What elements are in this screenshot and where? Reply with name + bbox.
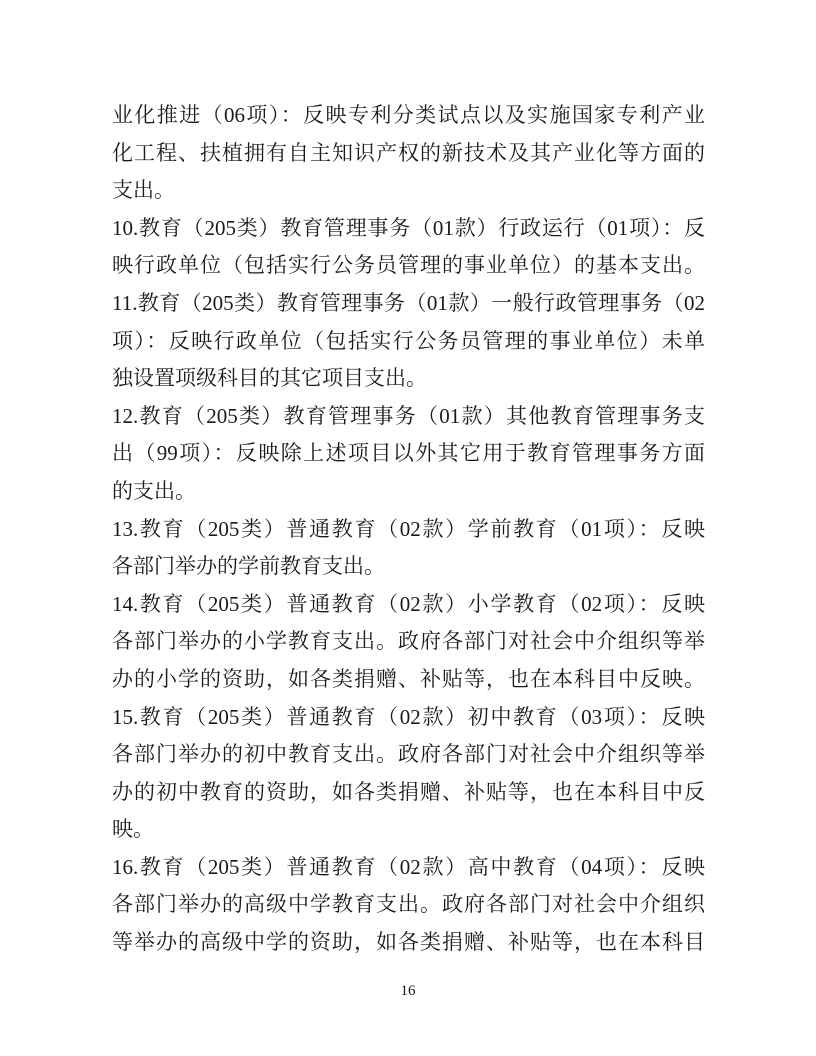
- text-line: 办的初中教育的资助，如各类捐赠、补贴等，也在本科目中反: [112, 774, 705, 812]
- text-line: 出（99项）：反映除上述项目以外其它用于教育管理事务方面: [112, 435, 705, 473]
- paragraph-item-13: 13.教育（205类）普通教育（02款）学前教育（01项）：反映各部门举办的学前…: [112, 511, 705, 586]
- text-line: 的支出。: [112, 473, 705, 511]
- text-line: 映。: [112, 811, 705, 849]
- text-line: 等举办的高级中学的资助，如各类捐赠、补贴等，也在本科目: [112, 924, 705, 962]
- text-line: 各部门举办的高级中学教育支出。政府各部门对社会中介组织: [112, 886, 705, 924]
- page-footer: 16: [0, 981, 816, 1001]
- text-line: 业化推进（06项）：反映专利分类试点以及实施国家专利产业: [112, 97, 705, 135]
- text-line: 各部门举办的初中教育支出。政府各部门对社会中介组织等举: [112, 736, 705, 774]
- paragraph-item-15: 15.教育（205类）普通教育（02款）初中教育（03项）：反映各部门举办的初中…: [112, 699, 705, 849]
- text-line: 12.教育（205类）教育管理事务（01款）其他教育管理事务支: [112, 398, 705, 436]
- text-line: 13.教育（205类）普通教育（02款）学前教育（01项）：反映: [112, 511, 705, 549]
- text-line: 项）：反映行政单位（包括实行公务员管理的事业单位）未单: [112, 323, 705, 361]
- document-page: 业化推进（06项）：反映专利分类试点以及实施国家专利产业化工程、扶植拥有自主知识…: [0, 0, 816, 1056]
- text-line: 16.教育（205类）普通教育（02款）高中教育（04项）：反映: [112, 849, 705, 887]
- text-line: 办的小学的资助，如各类捐赠、补贴等，也在本科目中反映。: [112, 661, 705, 699]
- paragraph-item-12: 12.教育（205类）教育管理事务（01款）其他教育管理事务支出（99项）：反映…: [112, 398, 705, 511]
- text-line: 10.教育（205类）教育管理事务（01款）行政运行（01项）：反: [112, 210, 705, 248]
- text-line: 各部门举办的小学教育支出。政府各部门对社会中介组织等举: [112, 623, 705, 661]
- paragraph-item-10: 10.教育（205类）教育管理事务（01款）行政运行（01项）：反映行政单位（包…: [112, 210, 705, 285]
- text-line: 14.教育（205类）普通教育（02款）小学教育（02项）：反映: [112, 586, 705, 624]
- paragraph-item-11: 11.教育（205类）教育管理事务（01款）一般行政管理事务（02项）：反映行政…: [112, 285, 705, 398]
- text-line: 映行政单位（包括实行公务员管理的事业单位）的基本支出。: [112, 247, 705, 285]
- document-body: 业化推进（06项）：反映专利分类试点以及实施国家专利产业化工程、扶植拥有自主知识…: [112, 97, 705, 962]
- paragraph-item-16: 16.教育（205类）普通教育（02款）高中教育（04项）：反映各部门举办的高级…: [112, 849, 705, 962]
- page-number: 16: [401, 983, 416, 999]
- text-line: 11.教育（205类）教育管理事务（01款）一般行政管理事务（02: [112, 285, 705, 323]
- text-line: 15.教育（205类）普通教育（02款）初中教育（03项）：反映: [112, 699, 705, 737]
- text-line: 独设置项级科目的其它项目支出。: [112, 360, 705, 398]
- text-line: 化工程、扶植拥有自主知识产权的新技术及其产业化等方面的: [112, 135, 705, 173]
- text-line: 各部门举办的学前教育支出。: [112, 548, 705, 586]
- paragraph-item-06-continuation: 业化推进（06项）：反映专利分类试点以及实施国家专利产业化工程、扶植拥有自主知识…: [112, 97, 705, 210]
- paragraph-item-14: 14.教育（205类）普通教育（02款）小学教育（02项）：反映各部门举办的小学…: [112, 586, 705, 699]
- text-line: 支出。: [112, 172, 705, 210]
